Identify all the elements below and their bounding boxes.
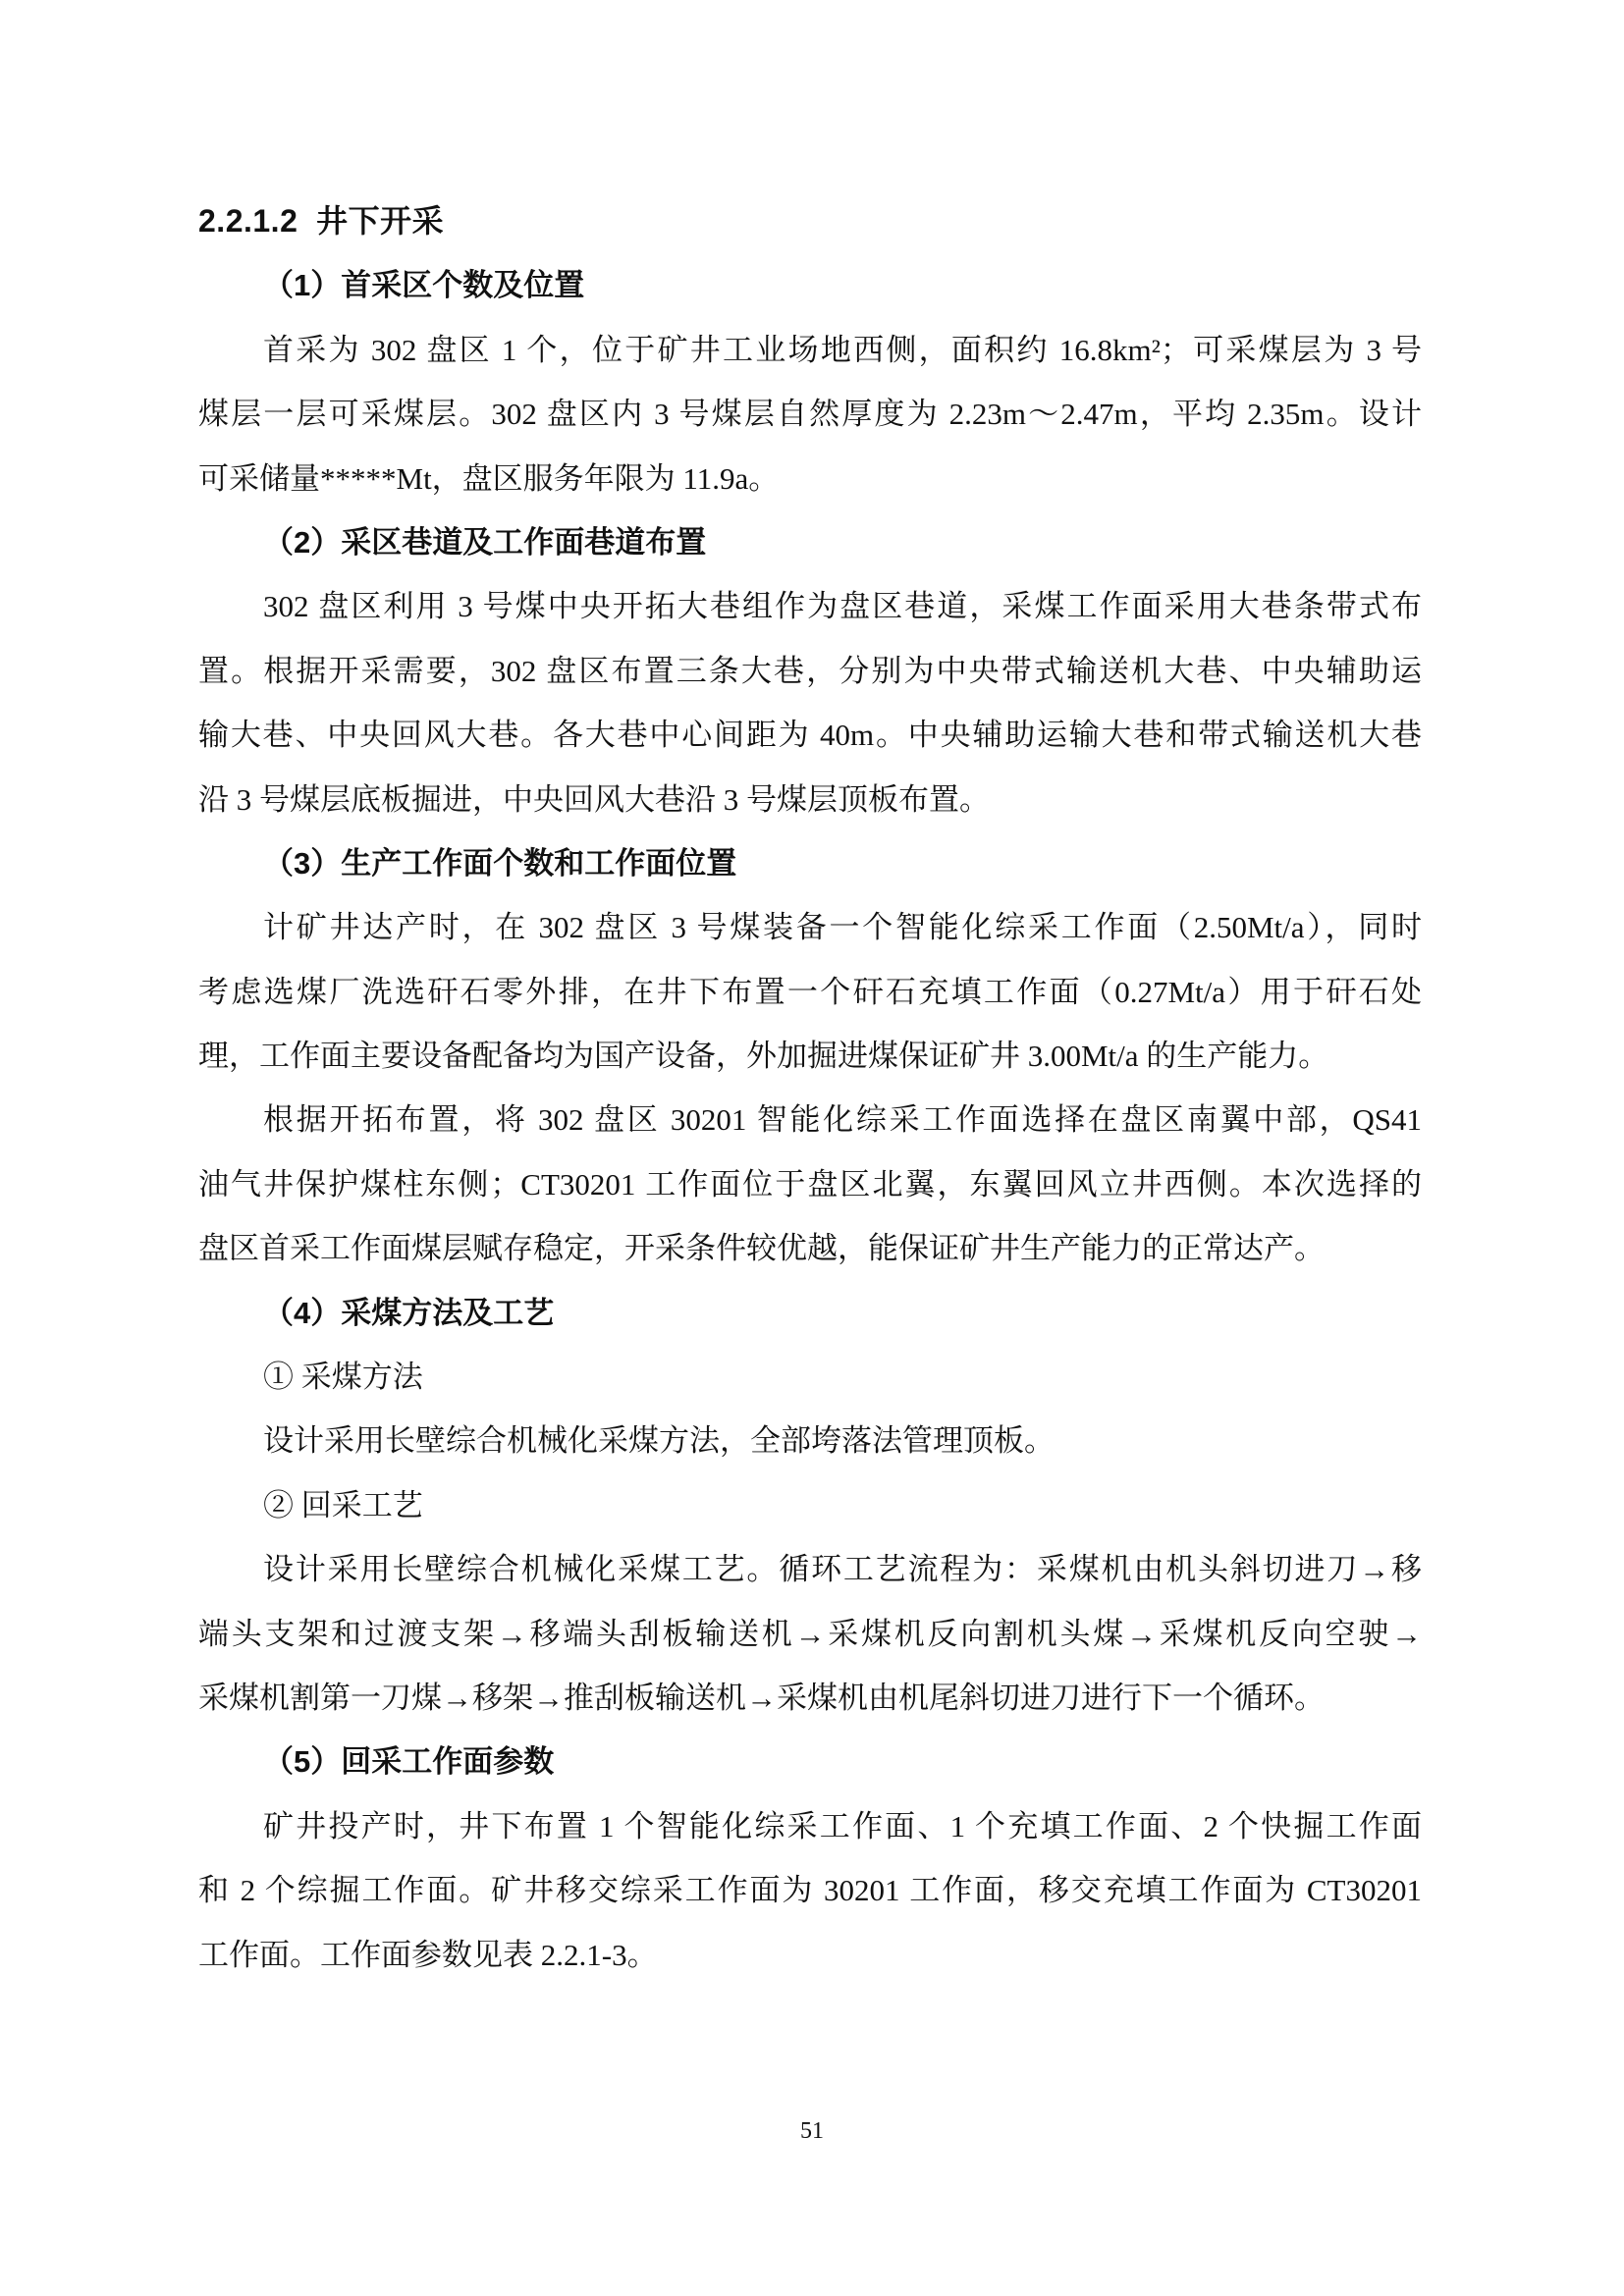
paragraph-line: 盘区首采工作面煤层赋存稳定，开采条件较优越，能保证矿井生产能力的正常达产。 <box>198 1216 1422 1280</box>
item-label-2: ② 回采工艺 <box>198 1473 1422 1537</box>
page-number: 51 <box>0 2118 1624 2145</box>
paragraph-line: 根据开拓布置，将 302 盘区 30201 智能化综采工作面选择在盘区南翼中部，… <box>198 1088 1422 1151</box>
paragraph-line: 油气井保护煤柱东侧；CT30201 工作面位于盘区北翼，东翼回风立井西侧。本次选… <box>198 1152 1422 1216</box>
paragraph-line: 采煤机割第一刀煤→移架→推刮板输送机→采煤机由机尾斜切进刀进行下一个循环。 <box>198 1666 1422 1730</box>
paragraph-line: 理，工作面主要设备配备均为国产设备，外加掘进煤保证矿井 3.00Mt/a 的生产… <box>198 1024 1422 1088</box>
paragraph-line: 矿井投产时，井下布置 1 个智能化综采工作面、1 个充填工作面、2 个快掘工作面 <box>198 1794 1422 1858</box>
paragraph-line: 和 2 个综掘工作面。矿井移交综采工作面为 30201 工作面，移交充填工作面为… <box>198 1858 1422 1922</box>
item-label-1: ① 采煤方法 <box>198 1345 1422 1409</box>
subsection-heading-2: （2）采区巷道及工作面巷道布置 <box>198 510 1422 574</box>
paragraph-line: 置。根据开采需要，302 盘区布置三条大巷，分别为中央带式输送机大巷、中央辅助运 <box>198 639 1422 703</box>
paragraph-line: 考虑选煤厂洗选矸石零外排，在井下布置一个矸石充填工作面（0.27Mt/a）用于矸… <box>198 960 1422 1024</box>
paragraph: 设计采用长壁综合机械化采煤工艺。循环工艺流程为：采煤机由机头斜切进刀→移 端头支… <box>198 1537 1422 1730</box>
paragraph-line: 302 盘区利用 3 号煤中央开拓大巷组作为盘区巷道，采煤工作面采用大巷条带式布 <box>198 574 1422 638</box>
paragraph-line: 计矿井达产时，在 302 盘区 3 号煤装备一个智能化综采工作面（2.50Mt/… <box>198 895 1422 959</box>
paragraph-line: 工作面。工作面参数见表 2.2.1-3。 <box>198 1923 1422 1987</box>
section-number: 2.2.1.2 <box>198 203 298 239</box>
paragraph-line: 设计采用长壁综合机械化采煤工艺。循环工艺流程为：采煤机由机头斜切进刀→移 <box>198 1537 1422 1601</box>
paragraph: 计矿井达产时，在 302 盘区 3 号煤装备一个智能化综采工作面（2.50Mt/… <box>198 895 1422 1088</box>
subsection-heading-4: （4）采煤方法及工艺 <box>198 1281 1422 1345</box>
paragraph-line: 沿 3 号煤层底板掘进，中央回风大巷沿 3 号煤层顶板布置。 <box>198 768 1422 831</box>
paragraph-line: 首采为 302 盘区 1 个，位于矿井工业场地西侧，面积约 16.8km²；可采… <box>198 318 1422 382</box>
document-page: 2.2.1.2 井下开采 （1）首采区个数及位置 首采为 302 盘区 1 个，… <box>198 189 1422 1987</box>
subsection-heading-5: （5）回采工作面参数 <box>198 1730 1422 1793</box>
paragraph: 302 盘区利用 3 号煤中央开拓大巷组作为盘区巷道，采煤工作面采用大巷条带式布… <box>198 574 1422 831</box>
paragraph-line: 端头支架和过渡支架→移端头刮板输送机→采煤机反向割机头煤→采煤机反向空驶→ <box>198 1602 1422 1666</box>
paragraph-line: 煤层一层可采煤层。302 盘区内 3 号煤层自然厚度为 2.23m～2.47m，… <box>198 382 1422 446</box>
paragraph-line: 输大巷、中央回风大巷。各大巷中心间距为 40m。中央辅助运输大巷和带式输送机大巷 <box>198 703 1422 767</box>
section-heading: 2.2.1.2 井下开采 <box>198 189 1422 253</box>
section-title: 井下开采 <box>316 203 444 239</box>
paragraph-line: 可采储量*****Mt，盘区服务年限为 11.9a。 <box>198 447 1422 510</box>
paragraph: 设计采用长壁综合机械化采煤方法，全部垮落法管理顶板。 <box>198 1409 1422 1472</box>
paragraph: 首采为 302 盘区 1 个，位于矿井工业场地西侧，面积约 16.8km²；可采… <box>198 318 1422 510</box>
paragraph: 矿井投产时，井下布置 1 个智能化综采工作面、1 个充填工作面、2 个快掘工作面… <box>198 1794 1422 1987</box>
paragraph-line: 设计采用长壁综合机械化采煤方法，全部垮落法管理顶板。 <box>198 1409 1422 1472</box>
paragraph: 根据开拓布置，将 302 盘区 30201 智能化综采工作面选择在盘区南翼中部，… <box>198 1088 1422 1280</box>
subsection-heading-3: （3）生产工作面个数和工作面位置 <box>198 831 1422 895</box>
subsection-heading-1: （1）首采区个数及位置 <box>198 253 1422 317</box>
